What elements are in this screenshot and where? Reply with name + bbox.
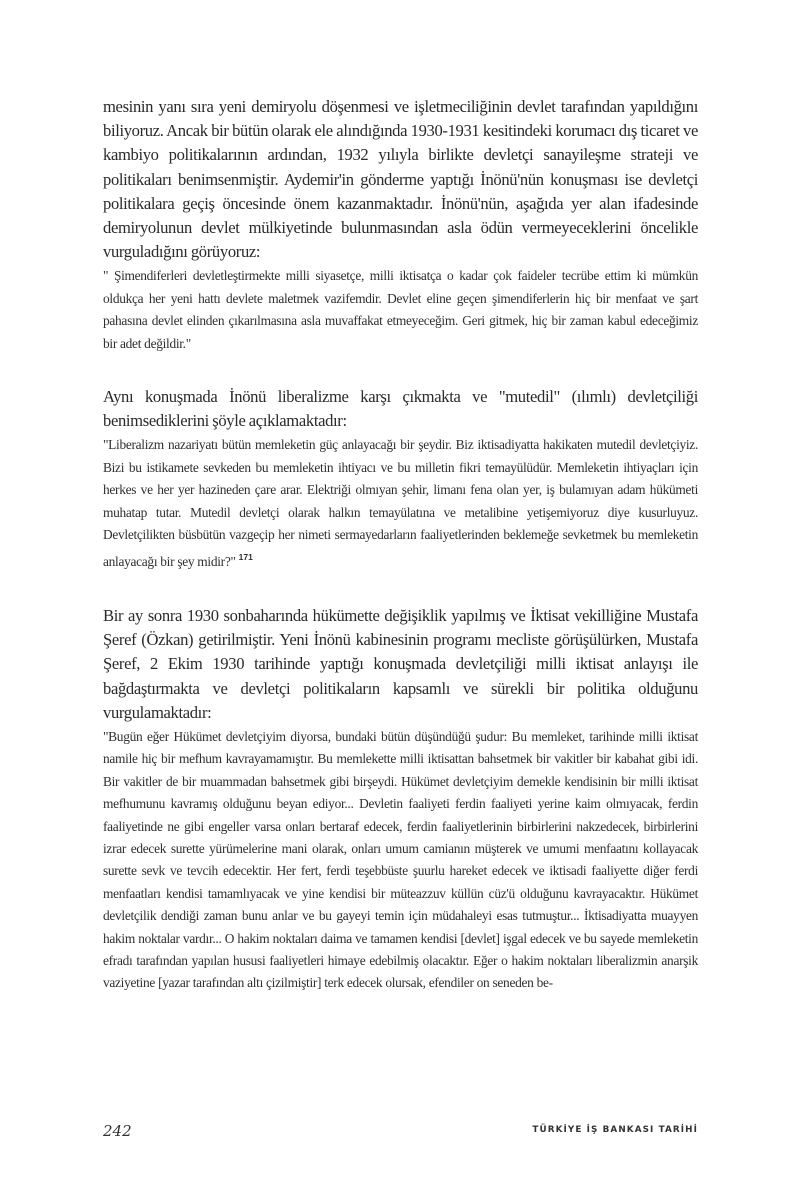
page-footer: 242 TÜRKİYE İŞ BANKASI TARİHİ [103, 1122, 698, 1142]
quote-block-3: "Bugün eğer Hükümet devletçiyim diyorsa,… [103, 726, 698, 995]
quote-block-2: "Liberalizm nazariyatı bütün memleketin … [103, 434, 698, 573]
body-paragraph-1: mesinin yanı sıra yeni demiryolu döşenme… [103, 95, 698, 264]
quote-block-2-text: "Liberalizm nazariyatı bütün memleketin … [103, 437, 698, 569]
paragraph-gap [103, 574, 698, 604]
footnote-reference[interactable]: 171 [239, 552, 253, 562]
body-paragraph-3: Bir ay sonra 1930 sonbaharında hükümette… [103, 604, 698, 725]
page-number: 242 [103, 1122, 132, 1140]
quote-block-1: " Şimendiferleri devletleştirmekte milli… [103, 265, 698, 355]
page-content: mesinin yanı sıra yeni demiryolu döşenme… [103, 95, 698, 995]
paragraph-gap [103, 355, 698, 385]
body-paragraph-2: Aynı konuşmada İnönü liberalizme karşı ç… [103, 385, 698, 433]
running-title: TÜRKİYE İŞ BANKASI TARİHİ [532, 1125, 698, 1135]
